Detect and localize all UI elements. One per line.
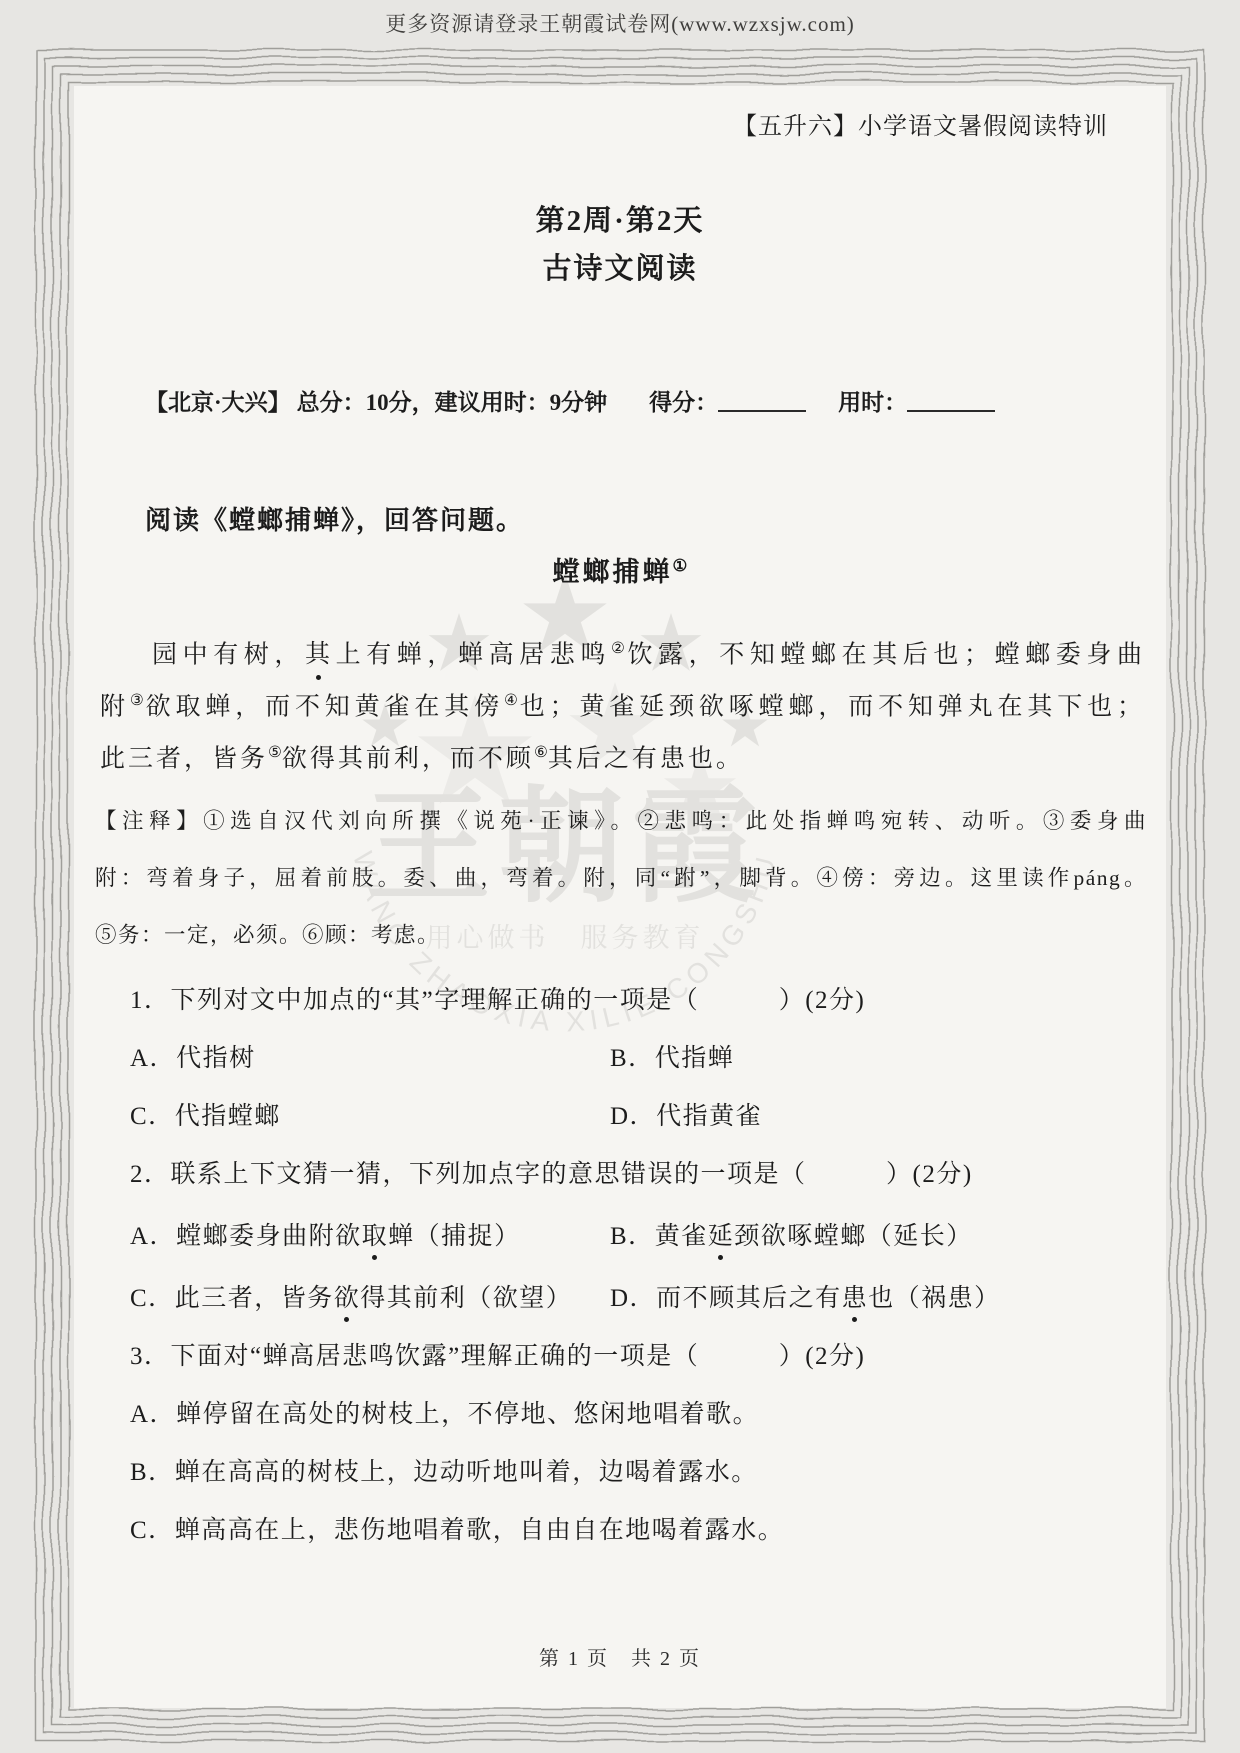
worksheet-subtitle: 古诗文阅读 xyxy=(0,246,1240,287)
note-marker: ④ xyxy=(504,692,520,709)
option-text: 蝉（捕捉） xyxy=(388,1223,521,1250)
score-label: 得分： xyxy=(649,390,718,415)
option-text: 代指螳螂 xyxy=(175,1103,281,1130)
passage-text: 欲取蝉，而不知黄雀在其傍 xyxy=(146,693,504,720)
emphasized-char: 取 xyxy=(362,1216,389,1252)
option-label: D． xyxy=(610,1285,656,1312)
option-3c: C．蝉高高在上，悲伤地唱着歌，自由自在地喝着露水。 xyxy=(130,1510,784,1546)
note-line: 【注释】①选自汉代刘向所撰《说苑·正谏》。②悲鸣：此处指蝉鸣宛转、动听。③委身曲 xyxy=(95,806,1147,836)
question-3-stem: 3．下面对“蝉高居悲鸣饮露”理解正确的一项是（ ）(2分) xyxy=(130,1336,865,1372)
option-text: 而不顾其后之有 xyxy=(656,1285,842,1312)
emphasized-char: 延 xyxy=(708,1216,735,1252)
note-marker: ⑥ xyxy=(534,744,548,761)
option-label: B． xyxy=(130,1459,175,1486)
option-2c: C．此三者，皆务欲得其前利（欲望） xyxy=(130,1278,572,1314)
option-label: A． xyxy=(130,1223,176,1250)
option-text: 代指黄雀 xyxy=(656,1103,762,1130)
passage-title: 螳螂捕蝉① xyxy=(0,550,1240,589)
reading-instruction: 阅读《螳螂捕蝉》，回答问题。 xyxy=(145,500,524,537)
emphasized-char: 患 xyxy=(842,1278,869,1314)
passage-text: 饮露，不知螳螂在其后也；螳螂委身曲 xyxy=(627,641,1145,668)
exam-source: 【北京·大兴】 xyxy=(145,390,291,415)
option-text: 蝉停留在高处的树枝上，不停地、悠闲地唱着歌。 xyxy=(176,1401,759,1428)
option-label: D． xyxy=(610,1103,656,1130)
option-text: 蝉高高在上，悲伤地唱着歌，自由自在地喝着露水。 xyxy=(175,1517,785,1544)
option-text: 此三者，皆务 xyxy=(175,1285,334,1312)
passage-text: 其后之有患也。 xyxy=(548,745,744,772)
time-label: 用时： xyxy=(838,390,907,415)
passage-title-note-marker: ① xyxy=(672,556,687,575)
passage-text: 此三者，皆务 xyxy=(100,745,268,772)
question-2-options-row-2: C．此三者，皆务欲得其前利（欲望） D．而不顾其后之有患也（祸患） xyxy=(0,1278,1240,1318)
banner-text: 更多资源请登录王朝霞试卷网(www.wzxsjw.com) xyxy=(0,8,1240,38)
option-2b: B．黄雀延颈欲啄螳螂（延长） xyxy=(610,1216,973,1252)
option-text: 黄雀 xyxy=(655,1223,708,1250)
option-label: A． xyxy=(130,1045,176,1072)
page-footer: 第 1 页 共 2 页 xyxy=(0,1642,1240,1671)
passage-text: 欲得其前利，而不顾 xyxy=(282,745,534,772)
passage-line: 此三者，皆务⑤欲得其前利，而不顾⑥其后之有患也。 xyxy=(100,736,1145,776)
option-label: B． xyxy=(610,1045,655,1072)
question-1-stem: 1．下列对文中加点的“其”字理解正确的一项是（ ）(2分) xyxy=(130,980,865,1016)
question-2-stem: 2．联系上下文猜一猜，下列加点字的意思错误的一项是（ ）(2分) xyxy=(130,1154,973,1190)
time-blank xyxy=(907,410,995,412)
worksheet-title: 第2周·第2天 xyxy=(0,198,1240,239)
passage-text: 也；黄雀延颈欲啄螳螂，而不知弹丸在其下也； xyxy=(520,693,1145,720)
passage-text: 上有蝉，蝉高居悲鸣 xyxy=(333,641,611,668)
note-marker: ⑤ xyxy=(268,744,282,761)
option-text: 也（祸患） xyxy=(868,1285,1001,1312)
emphasized-char: 其 xyxy=(305,638,333,672)
passage-title-text: 螳螂捕蝉 xyxy=(552,557,672,587)
option-3a: A．蝉停留在高处的树枝上，不停地、悠闲地唱着歌。 xyxy=(130,1394,759,1430)
option-text: 螳螂委身曲附欲 xyxy=(176,1223,362,1250)
option-1c: C．代指螳螂 xyxy=(130,1096,281,1132)
option-text: 代指树 xyxy=(176,1045,256,1072)
passage-line: 附③欲取蝉，而不知黄雀在其傍④也；黄雀延颈欲啄螳螂，而不知弹丸在其下也； xyxy=(100,684,1145,724)
option-label: B． xyxy=(610,1223,655,1250)
option-1a: A．代指树 xyxy=(130,1038,256,1074)
exam-info: 总分：10分，建议用时：9分钟 xyxy=(297,390,608,415)
option-1d: D．代指黄雀 xyxy=(610,1096,762,1132)
option-2a: A．螳螂委身曲附欲取蝉（捕捉） xyxy=(130,1216,521,1252)
option-2d: D．而不顾其后之有患也（祸患） xyxy=(610,1278,1001,1314)
edition-tag: 【五升六】小学语文暑假阅读特训 xyxy=(733,106,1108,141)
question-2-options-row-1: A．螳螂委身曲附欲取蝉（捕捉） B．黄雀延颈欲啄螳螂（延长） xyxy=(0,1216,1240,1256)
option-label: A． xyxy=(130,1401,176,1428)
passage-text: 附 xyxy=(100,693,130,720)
option-1b: B．代指蝉 xyxy=(610,1038,734,1074)
passage-text: 园中有树， xyxy=(152,641,305,668)
question-1-options-row-1: A．代指树 B．代指蝉 xyxy=(0,1038,1240,1078)
note-line: ⑤务：一定，必须。⑥顾：考虑。 xyxy=(95,920,1147,950)
option-label: C． xyxy=(130,1517,175,1544)
note-line: 附：弯着身子，屈着前肢。委、曲，弯着。附，同“跗”，脚背。④傍：旁边。这里读作p… xyxy=(95,863,1147,893)
question-1-options-row-2: C．代指螳螂 D．代指黄雀 xyxy=(0,1096,1240,1136)
option-3b: B．蝉在高高的树枝上，边动听地叫着，边喝着露水。 xyxy=(130,1452,758,1488)
note-marker: ② xyxy=(611,640,628,657)
option-text: 代指蝉 xyxy=(655,1045,735,1072)
exam-meta-line: 【北京·大兴】总分：10分，建议用时：9分钟得分：用时： xyxy=(145,384,995,417)
passage-line: 园中有树，其上有蝉，蝉高居悲鸣②饮露，不知螳螂在其后也；螳螂委身曲 xyxy=(100,632,1145,672)
option-text: 颈欲啄螳螂（延长） xyxy=(734,1223,973,1250)
option-text: 蝉在高高的树枝上，边动听地叫着，边喝着露水。 xyxy=(175,1459,758,1486)
option-text: 得其前利（欲望） xyxy=(360,1285,572,1312)
note-marker: ③ xyxy=(130,692,146,709)
emphasized-char: 欲 xyxy=(334,1278,361,1314)
option-label: C． xyxy=(130,1285,175,1312)
option-label: C． xyxy=(130,1103,175,1130)
score-blank xyxy=(718,410,806,412)
